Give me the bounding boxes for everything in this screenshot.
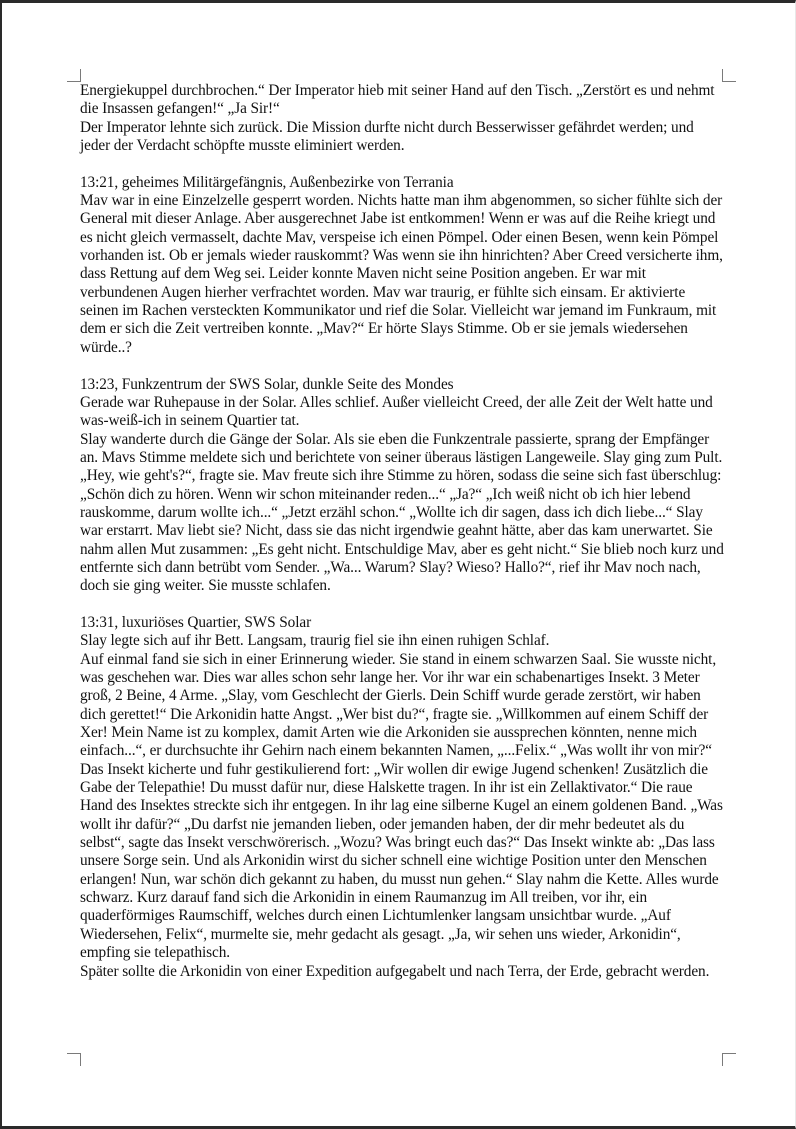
empty-line [80,596,725,614]
paragraph: Später sollte die Arkonidin von einer Ex… [80,963,725,981]
scene-heading: 13:23, Funkzentrum der SWS Solar, dunkle… [80,376,725,394]
paragraph: Mav war in eine Einzelzelle gesperrt wor… [80,192,725,357]
paragraph: Energiekuppel durchbrochen.“ Der Imperat… [80,82,725,119]
document-page: Energiekuppel durchbrochen.“ Der Imperat… [0,0,796,1129]
empty-line [80,155,725,173]
empty-line [80,357,725,375]
paragraph: Slay wanderte durch die Gänge der Solar.… [80,431,725,596]
paragraph: Auf einmal fand sie sich in einer Erinne… [80,651,725,963]
document-text-body[interactable]: Energiekuppel durchbrochen.“ Der Imperat… [80,82,725,981]
scene-heading: 13:31, luxuriöses Quartier, SWS Solar [80,614,725,632]
paragraph: Der Imperator lehnte sich zurück. Die Mi… [80,119,725,156]
scene-heading: 13:21, geheimes Militärgefängnis, Außenb… [80,174,725,192]
margin-corner-mark-top-left [67,69,81,82]
margin-corner-mark-top-right [722,69,736,82]
paragraph: Slay legte sich auf ihr Bett. Langsam, t… [80,632,725,650]
margin-corner-mark-bottom-right [722,1053,736,1066]
paragraph: Gerade war Ruhepause in der Solar. Alles… [80,394,725,431]
margin-corner-mark-bottom-left [67,1053,81,1066]
